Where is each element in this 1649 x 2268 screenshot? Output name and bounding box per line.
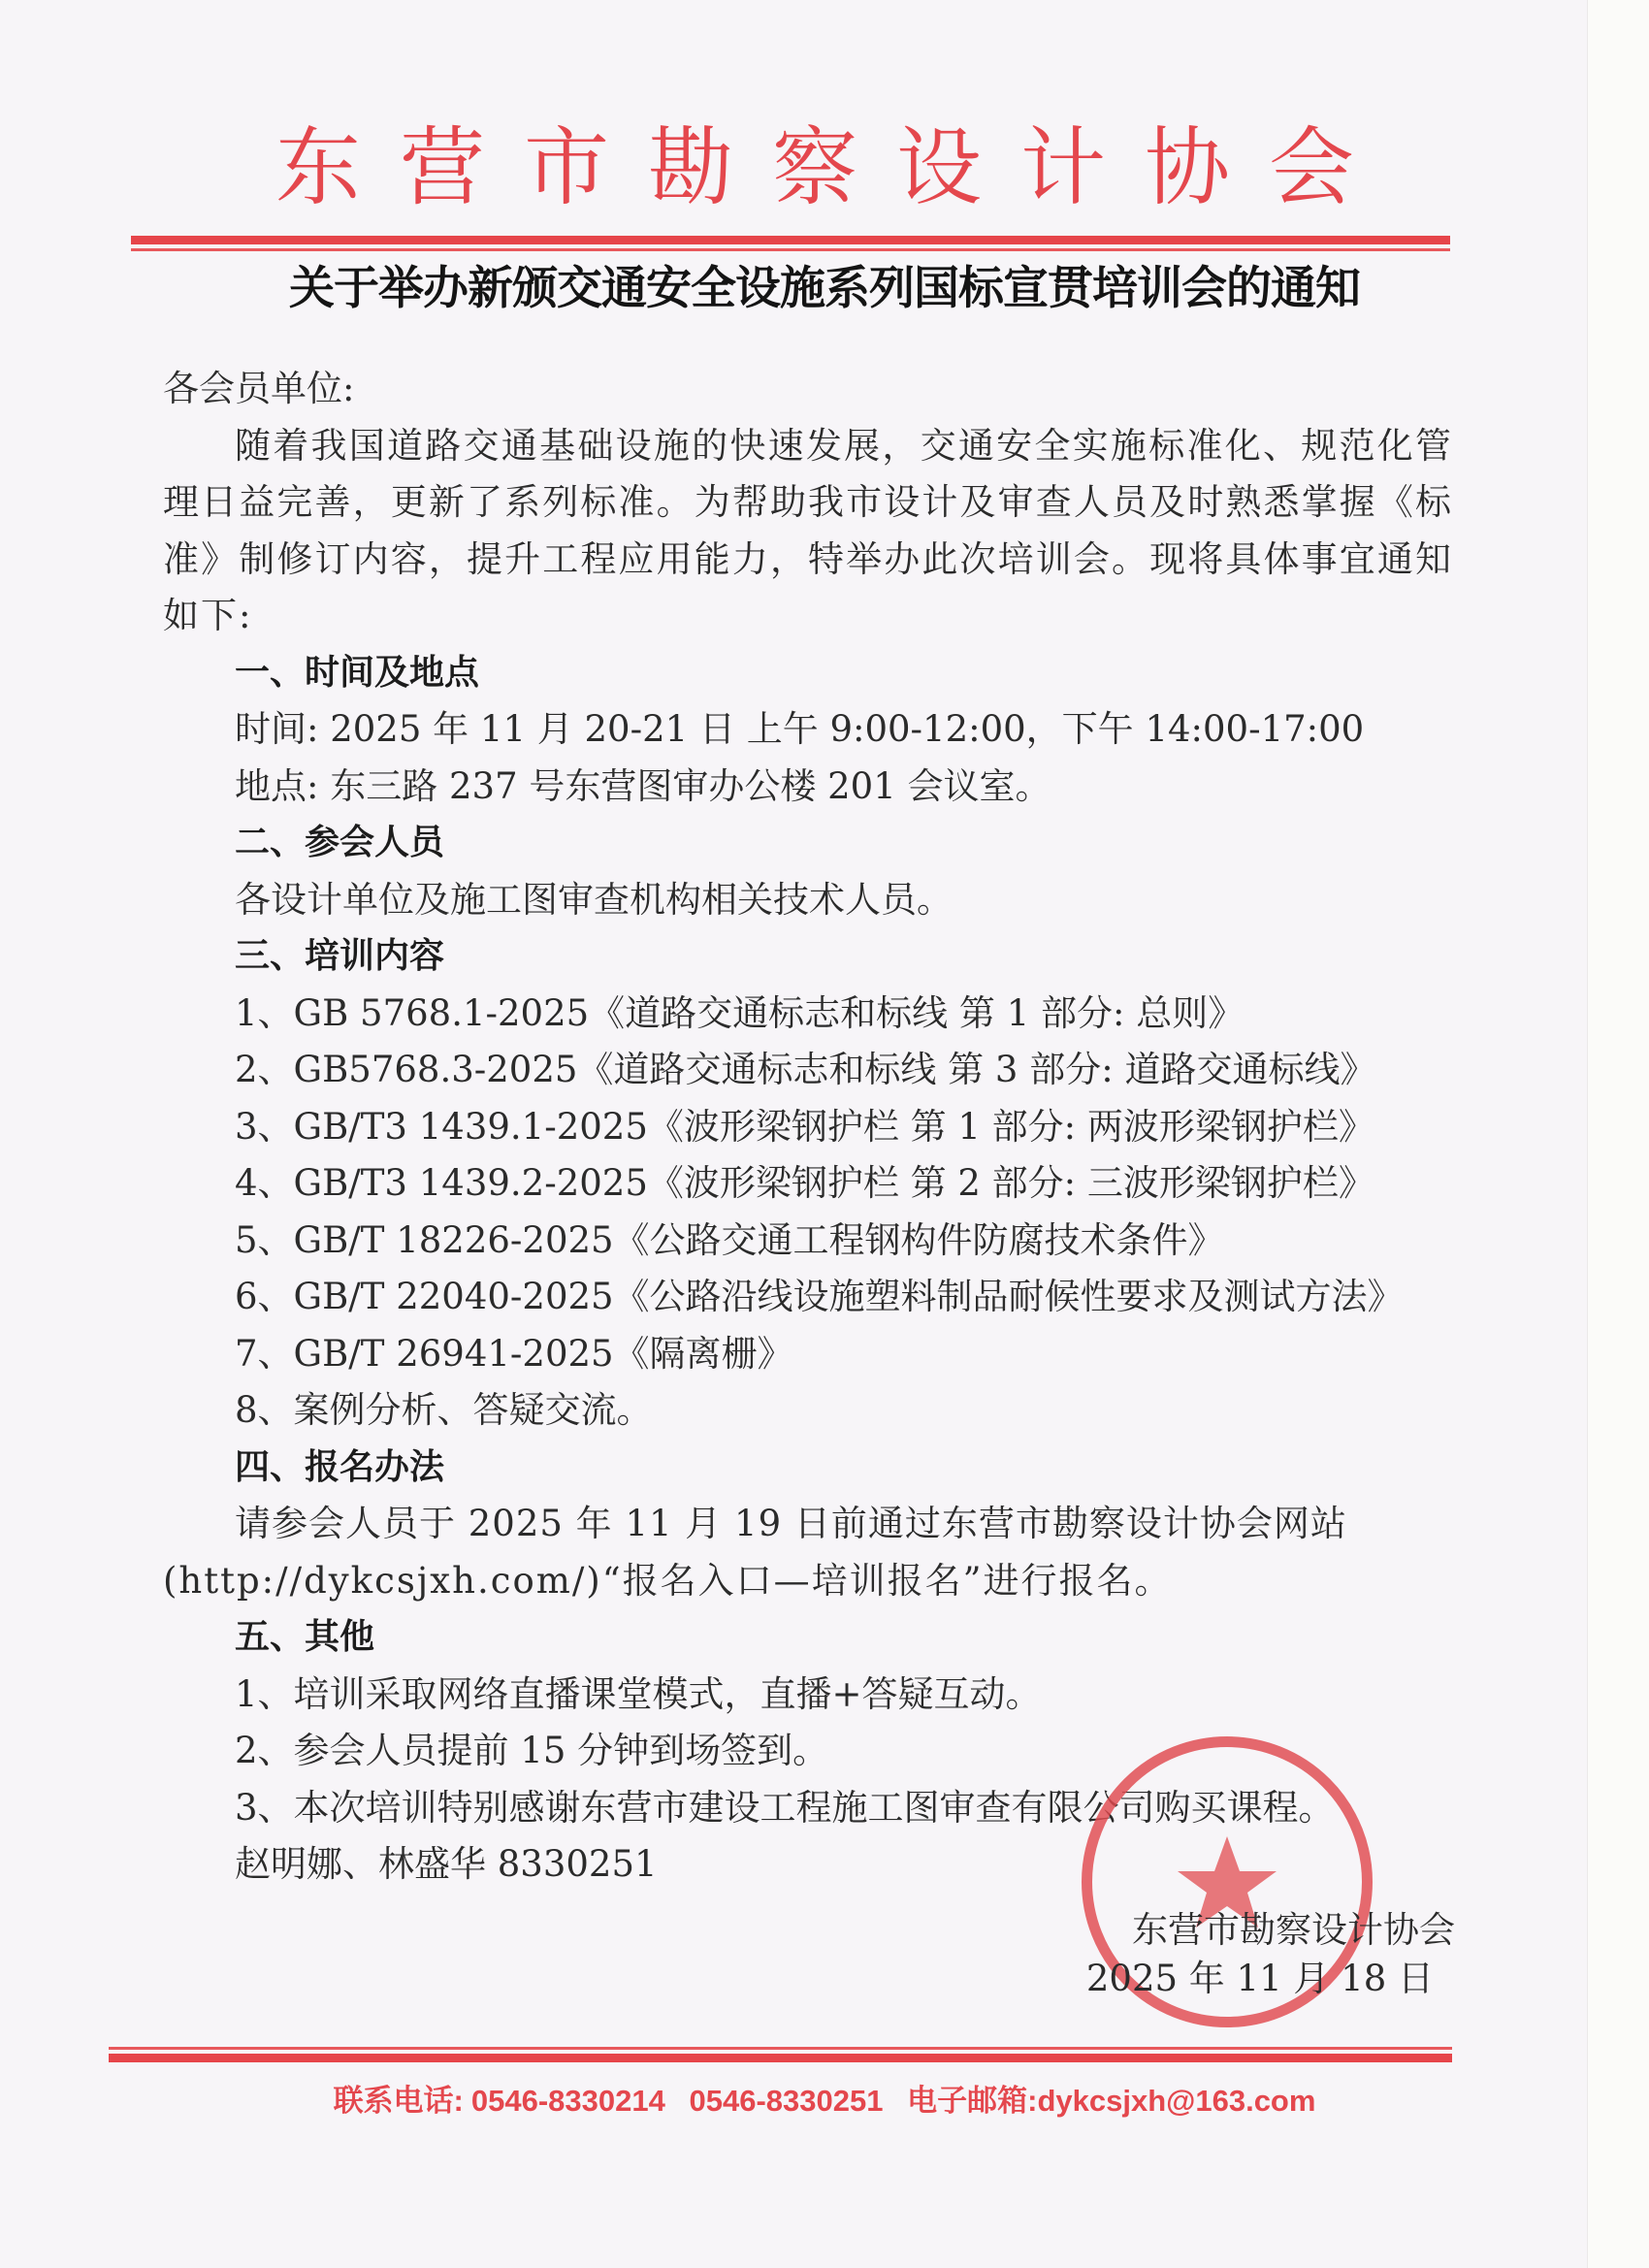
section-heading-registration: 四、报名办法 [163, 1440, 1453, 1497]
email-address[interactable]: dykcsjxh@163.com [1037, 2084, 1315, 2118]
phone-2: 0546-8330251 [690, 2084, 884, 2118]
footer-rule-thin [109, 2047, 1452, 2050]
content-item: 2、GB5768.3-2025《道路交通标志和标线 第 3 部分: 道路交通标线… [163, 1042, 1453, 1099]
place-line: 地点: 东三路 237 号东营图审办公楼 201 会议室。 [163, 759, 1453, 816]
intro-paragraph: 随着我国道路交通基础设施的快速发展，交通安全实施标准化、规范化管理日益完善，更新… [163, 418, 1453, 645]
phone-label: 联系电话: [334, 2084, 464, 2118]
other-item: 1、培训采取网络直播课堂模式，直播+答疑互动。 [163, 1667, 1453, 1724]
time-line: 时间: 2025 年 11 月 20-21 日 上午 9:00-12:00，下午… [163, 701, 1453, 759]
section-heading-time-place: 一、时间及地点 [163, 645, 1453, 702]
registration-line: 请参会人员于 2025 年 11 月 19 日前通过东营市勘察设计协会网站 [163, 1496, 1453, 1553]
signature-block: 东营市勘察设计协会 2025 年 11 月 18 日 [1028, 1906, 1455, 2003]
letterhead-org-name: 东营市勘察设计协会 [0, 114, 1649, 221]
registration-link-line[interactable]: (http://dykcsjxh.com/)“报名入口—培训报名”进行报名。 [163, 1553, 1453, 1610]
header-rule-thin [131, 248, 1450, 251]
section-heading-content: 三、培训内容 [163, 928, 1453, 986]
section-heading-attendees: 二、参会人员 [163, 815, 1453, 872]
content-item: 1、GB 5768.1-2025《道路交通标志和标线 第 1 部分: 总则》 [163, 986, 1453, 1043]
content-item: 5、GB/T 18226-2025《公路交通工程钢构件防腐技术条件》 [163, 1213, 1453, 1270]
content-item: 3、GB/T3 1439.1-2025《波形梁钢护栏 第 1 部分: 两波形梁钢… [163, 1099, 1453, 1156]
content-item: 8、案例分析、答疑交流。 [163, 1382, 1453, 1440]
section-heading-other: 五、其他 [163, 1609, 1453, 1667]
salutation: 各会员单位: [163, 361, 1453, 418]
signature-org: 东营市勘察设计协会 [1028, 1906, 1455, 1955]
page-edge [1587, 0, 1649, 2268]
document-title: 关于举办新颁交通安全设施系列国标宣贯培训会的通知 [0, 254, 1649, 324]
content-item: 7、GB/T 26941-2025《隔离栅》 [163, 1326, 1453, 1383]
document-body: 各会员单位: 随着我国道路交通基础设施的快速发展，交通安全实施标准化、规范化管理… [163, 361, 1453, 1894]
attendees-line: 各设计单位及施工图审查机构相关技术人员。 [163, 872, 1453, 929]
footer-rule-thick [109, 2054, 1452, 2062]
signature-date: 2025 年 11 月 18 日 [1028, 1955, 1455, 2003]
email-label: 电子邮箱: [907, 2084, 1037, 2118]
content-item: 6、GB/T 22040-2025《公路沿线设施塑料制品耐候性要求及测试方法》 [163, 1269, 1453, 1326]
content-item: 4、GB/T3 1439.2-2025《波形梁钢护栏 第 2 部分: 三波形梁钢… [163, 1155, 1453, 1213]
phone-1: 0546-8330214 [471, 2084, 665, 2118]
footer-contact: 联系电话:0546-8330214 0546-8330251 电子邮箱:dykc… [0, 2076, 1649, 2120]
header-rule-thick [131, 236, 1450, 244]
